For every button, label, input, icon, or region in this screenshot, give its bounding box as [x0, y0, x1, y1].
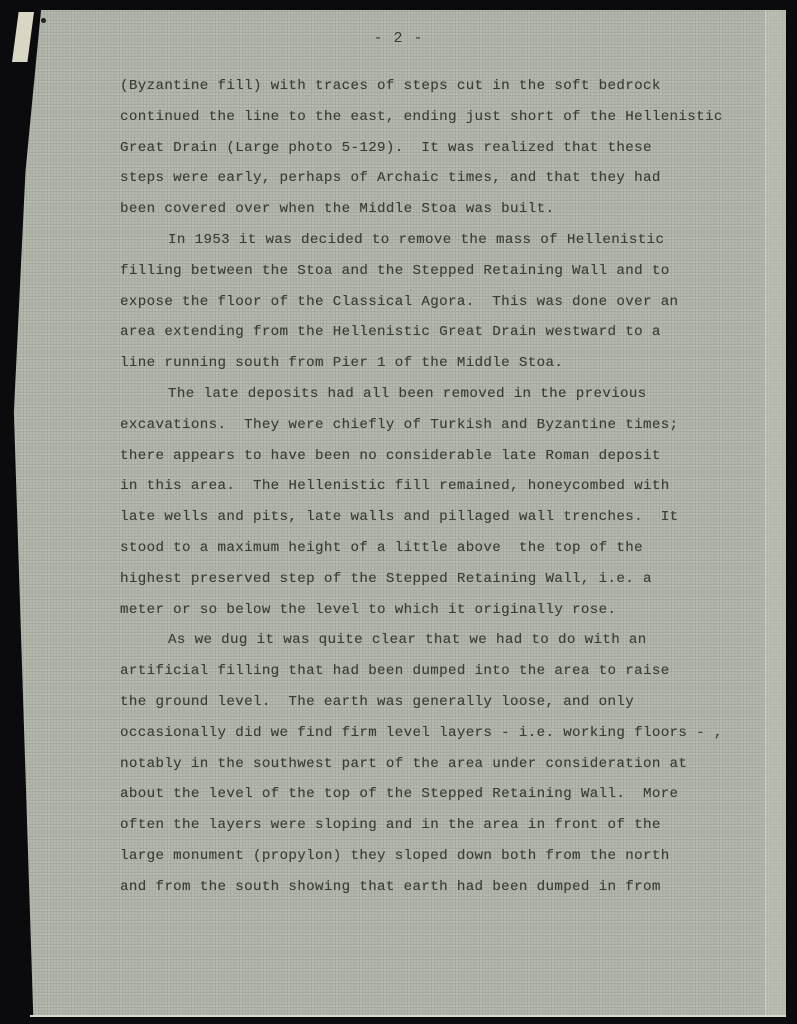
- text-line: notably in the southwest part of the are…: [120, 752, 780, 783]
- text-line: there appears to have been no considerab…: [120, 444, 780, 475]
- text-line: been covered over when the Middle Stoa w…: [120, 197, 780, 228]
- paragraph-first-line: The late deposits had all been removed i…: [120, 382, 780, 413]
- text-line: the ground level. The earth was generall…: [120, 690, 780, 721]
- text-line: Great Drain (Large photo 5-129). It was …: [120, 136, 780, 167]
- text-line: large monument (propylon) they sloped do…: [120, 844, 780, 875]
- typed-body-text: (Byzantine fill) with traces of steps cu…: [120, 74, 780, 906]
- text-line: (Byzantine fill) with traces of steps cu…: [120, 74, 780, 105]
- text-line: steps were early, perhaps of Archaic tim…: [120, 166, 780, 197]
- text-line: late wells and pits, late walls and pill…: [120, 505, 780, 536]
- text-line: and from the south showing that earth ha…: [120, 875, 780, 906]
- text-line: occasionally did we find firm level laye…: [120, 721, 780, 752]
- text-line: filling between the Stoa and the Stepped…: [120, 259, 780, 290]
- text-line: in this area. The Hellenistic fill remai…: [120, 474, 780, 505]
- text-line: line running south from Pier 1 of the Mi…: [120, 351, 780, 382]
- text-line: excavations. They were chiefly of Turkis…: [120, 413, 780, 444]
- text-line: artificial filling that had been dumped …: [120, 659, 780, 690]
- page-number: - 2 -: [0, 30, 797, 47]
- text-line: often the layers were sloping and in the…: [120, 813, 780, 844]
- text-line: continued the line to the east, ending j…: [120, 105, 780, 136]
- text-line: expose the floor of the Classical Agora.…: [120, 290, 780, 321]
- punch-hole: [41, 18, 46, 23]
- paper-bottom-edge: [30, 1015, 786, 1017]
- text-line: about the level of the top of the Steppe…: [120, 782, 780, 813]
- text-line: stood to a maximum height of a little ab…: [120, 536, 780, 567]
- paragraph-first-line: In 1953 it was decided to remove the mas…: [120, 228, 780, 259]
- paragraph-first-line: As we dug it was quite clear that we had…: [120, 628, 780, 659]
- text-line: highest preserved step of the Stepped Re…: [120, 567, 780, 598]
- text-line: meter or so below the level to which it …: [120, 598, 780, 629]
- text-line: area extending from the Hellenistic Grea…: [120, 320, 780, 351]
